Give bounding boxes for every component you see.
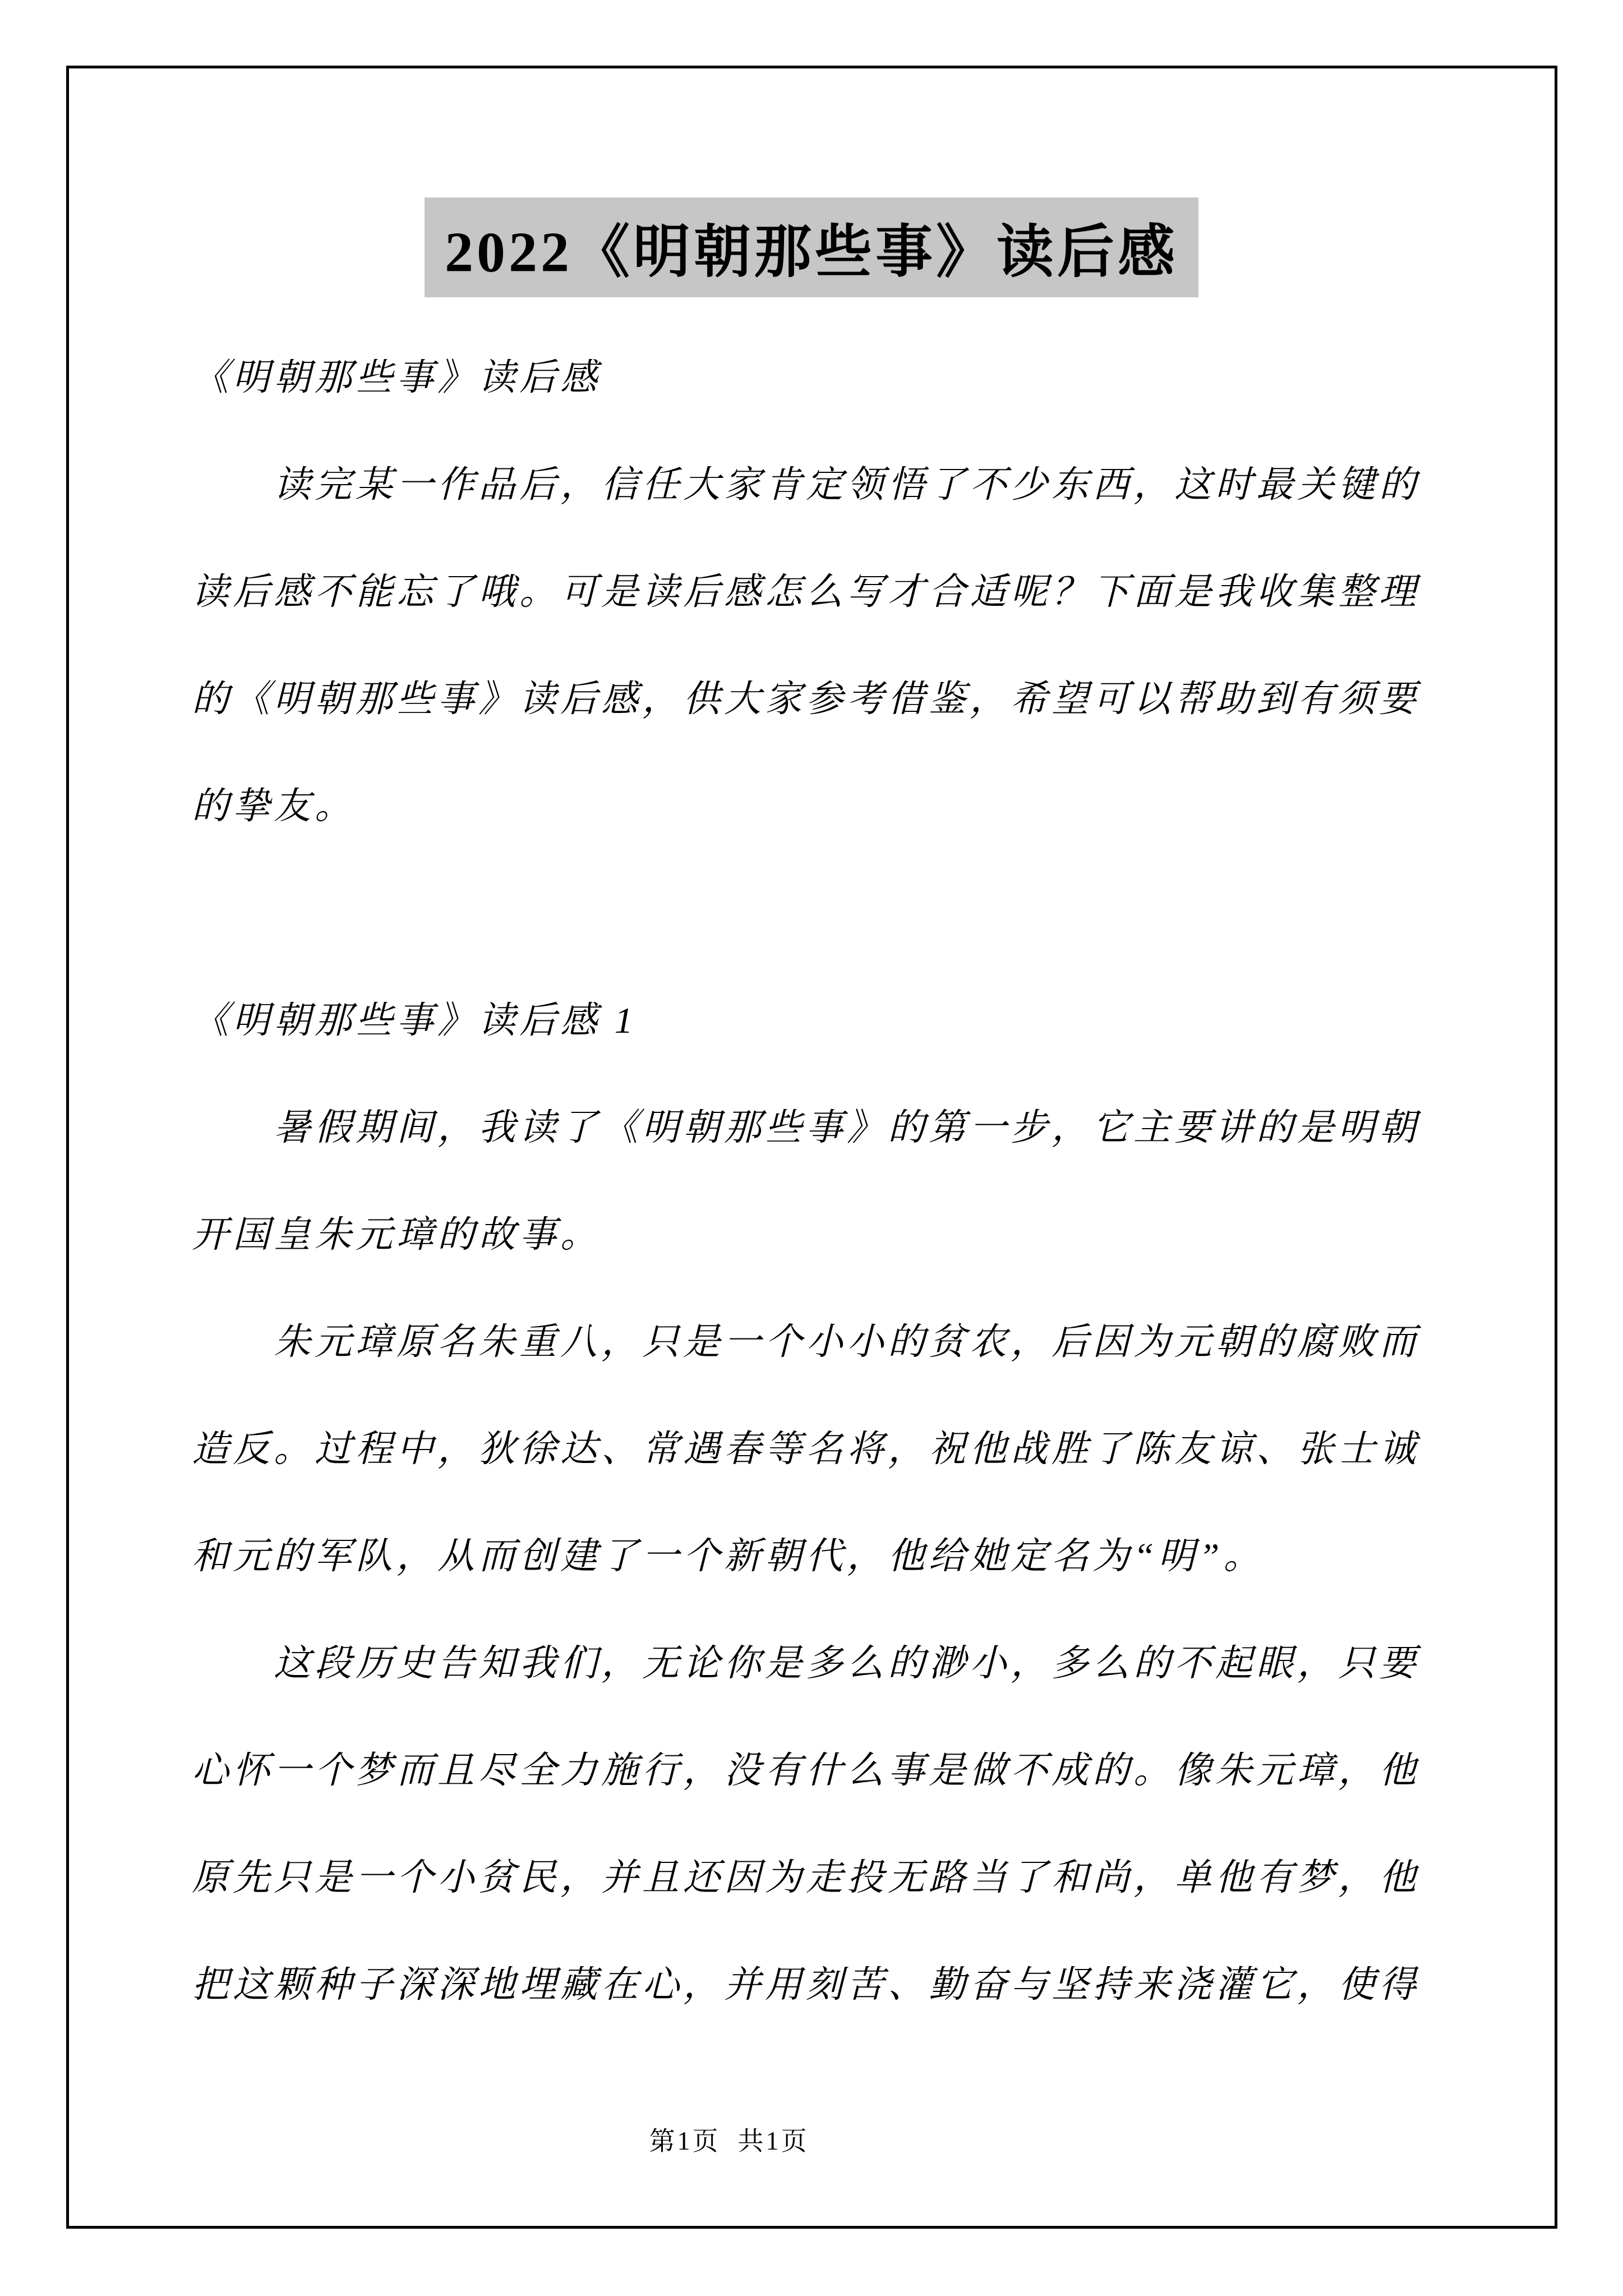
text-line: 的挚友。 [192, 753, 1431, 860]
text-line: 《明朝那些事》读后感 1 [192, 967, 1431, 1074]
text-line: 朱元璋原名朱重八，只是一个小小的贫农，后因为元朝的腐败而 [192, 1289, 1431, 1396]
title-highlight: 2022《明朝那些事》读后感 [425, 197, 1198, 297]
text-line: 读完某一作品后，信任大家肯定领悟了不少东西，这时最关键的 [192, 431, 1431, 539]
text-line: 读后感不能忘了哦。可是读后感怎么写才合适呢？下面是我收集整理 [192, 539, 1431, 646]
text-line: 造反。过程中，狄徐达、常遇春等名将，祝他战胜了陈友谅、张士诚 [192, 1396, 1431, 1503]
text-line: 心怀一个梦而且尽全力施行，没有什么事是做不成的。像朱元璋，他 [192, 1717, 1431, 1824]
document-title: 2022《明朝那些事》读后感 [445, 221, 1178, 284]
page-number-text: 第1页 共1页 [649, 2127, 809, 2155]
text-line: 这段历史告知我们，无论你是多么的渺小，多么的不起眼，只要 [192, 1610, 1431, 1717]
text-line: 《明朝那些事》读后感 [192, 324, 1431, 431]
text-line: 把这颗种子深深地埋藏在心，并用刻苦、勤奋与坚持来浇灌它，使得 [192, 1931, 1431, 2039]
text-line: 开国皇朱元璋的故事。 [192, 1181, 1431, 1289]
blank-line [192, 860, 1431, 967]
document-body: 《明朝那些事》读后感读完某一作品后，信任大家肯定领悟了不少东西，这时最关键的读后… [192, 324, 1431, 2039]
text-line: 和元的军队，从而创建了一个新朝代，他给她定名为“明”。 [192, 1503, 1431, 1610]
text-line: 暑假期间，我读了《明朝那些事》的第一步，它主要讲的是明朝 [192, 1074, 1431, 1181]
page-footer: 第1页 共1页 [0, 2120, 1623, 2157]
text-line: 原先只是一个小贫民，并且还因为走投无路当了和尚，单他有梦，他 [192, 1824, 1431, 1931]
document-title-row: 2022《明朝那些事》读后感 [0, 197, 1623, 297]
text-line: 的《明朝那些事》读后感，供大家参考借鉴，希望可以帮助到有须要 [192, 646, 1431, 753]
